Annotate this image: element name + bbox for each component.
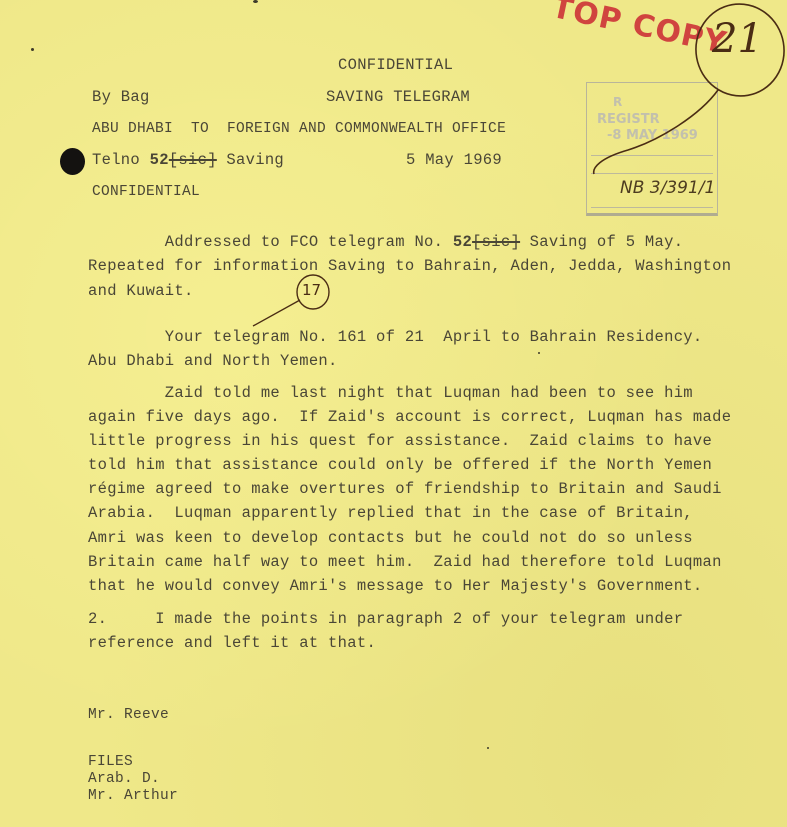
paragraph-1-line: Britain came half way to meet him. Zaid … — [88, 553, 722, 571]
paragraph-1-line: again five days ago. If Zaid's account i… — [88, 408, 731, 426]
delivery-method: By Bag — [92, 88, 150, 106]
paragraph-1-line: that he would convey Amri's message to H… — [88, 577, 703, 595]
paragraph-1-line: Amri was keen to develop contacts but he… — [88, 529, 693, 547]
addressed-line-1: Addressed to FCO telegram No. 52[sic] Sa… — [88, 233, 683, 251]
registry-divider — [591, 207, 713, 208]
punch-hole — [60, 148, 85, 175]
registry-label: R — [613, 95, 622, 109]
telno-number: 52 — [150, 151, 169, 169]
telegram-date: 5 May 1969 — [406, 151, 502, 169]
distribution-item: Arab. D. — [88, 771, 160, 787]
addressed-number: 52 — [453, 233, 472, 251]
paragraph-1-line: régime agreed to make overtures of frien… — [88, 480, 722, 498]
top-copy-stamp: TOP COPY — [549, 0, 730, 61]
registry-divider — [591, 155, 713, 156]
telno-suffix: Saving — [217, 151, 284, 169]
registry-reference: NB 3/391/1 — [620, 178, 715, 198]
registry-label: REGISTR — [597, 112, 660, 127]
paper-speck — [253, 0, 258, 3]
paper-speck — [31, 48, 34, 51]
telno-prefix: Telno — [92, 151, 150, 169]
paper-speck — [487, 747, 489, 749]
paragraph-2-line: reference and left it at that. — [88, 634, 376, 652]
distribution-item: Mr. Arthur — [88, 788, 178, 804]
paragraph-1-line: little progress in his quest for assista… — [88, 432, 712, 450]
folio-number: 21 — [712, 16, 763, 62]
addressed-line-2: Repeated for information Saving to Bahra… — [88, 257, 731, 275]
paragraph-1-line: told him that assistance could only be o… — [88, 456, 712, 474]
paragraph-1-line: Arabia. Luqman apparently replied that i… — [88, 504, 693, 522]
telno-struck-note: [sic] — [169, 151, 217, 169]
addressed-line-3: and Kuwait. — [88, 282, 194, 300]
reference-line-1: Your telegram No. 161 of 21 April to Bah… — [88, 328, 703, 346]
from-to-line: ABU DHABI TO FOREIGN AND COMMONWEALTH OF… — [92, 120, 506, 138]
circled-annotation: 17 — [302, 281, 321, 299]
document-page: TOP COPY R REGISTR -8 MAY 1969 NB 3/391/… — [0, 0, 787, 827]
paragraph-2-line: 2. I made the points in paragraph 2 of y… — [88, 610, 683, 628]
annotation-pointer-icon — [253, 300, 300, 326]
signatory: Mr. Reeve — [88, 706, 169, 724]
distribution-heading: FILES — [88, 754, 133, 770]
registry-date: -8 MAY 1969 — [607, 128, 698, 143]
registry-divider — [591, 173, 713, 174]
classification-top: CONFIDENTIAL — [338, 56, 453, 74]
paragraph-1-line: Zaid told me last night that Luqman had … — [88, 384, 693, 402]
addressed-struck-note: [sic] — [472, 233, 520, 251]
addressed-prefix: Addressed to FCO telegram No. — [88, 233, 453, 251]
telno-line: Telno 52[sic] Saving — [92, 151, 284, 169]
telegram-type: SAVING TELEGRAM — [326, 88, 470, 106]
classification-bottom: CONFIDENTIAL — [92, 183, 200, 201]
reference-line-2: Abu Dhabi and North Yemen. — [88, 352, 338, 370]
addressed-suffix: Saving of 5 May. — [520, 233, 683, 251]
paper-speck — [538, 352, 540, 354]
